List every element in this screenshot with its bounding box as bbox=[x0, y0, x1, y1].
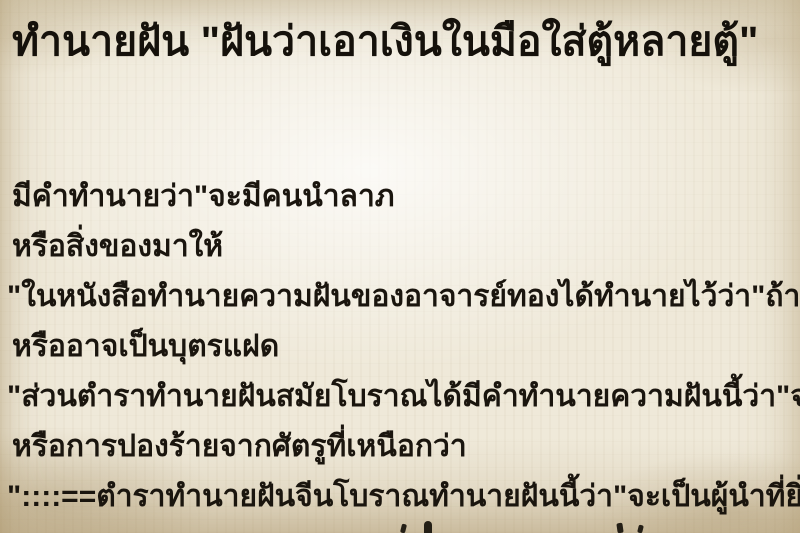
clipped-bottom-line-fragment bbox=[424, 521, 432, 533]
clipped-bottom-line-fragment bbox=[616, 523, 623, 533]
page-title-text: ทำนายฝัน "ฝันว่าเอาเงินในมือใส่ตู้หลายตู… bbox=[12, 18, 758, 64]
body-line-1: มีคำทำนายว่า"จะมีคนนำลาภ bbox=[12, 172, 800, 222]
body-line-4: หรืออาจเป็นบุตรแฝด bbox=[12, 322, 800, 372]
body-line-7: "::::==ตำราทำนายฝันจีนโบราณทำนายฝันนี้ว่… bbox=[7, 472, 800, 522]
body-line-6: หรือการปองร้ายจากศัตรูที่เหนือกว่า bbox=[12, 422, 800, 472]
aged-paper-page: ทำนายฝัน "ฝันว่าเอาเงินในมือใส่ตู้หลายตู… bbox=[0, 0, 800, 533]
body-line-2: หรือสิ่งของมาให้ bbox=[12, 222, 800, 272]
body-line-5: "ส่วนตำราทำนายฝันสมัยโบราณได้มีคำทำนายคว… bbox=[7, 372, 800, 422]
body-line-3: "ในหนังสือทำนายความฝันของอาจารย์ทองได้ทำ… bbox=[7, 272, 800, 322]
clipped-bottom-line-fragment bbox=[400, 524, 407, 533]
page-title: ทำนายฝัน "ฝันว่าเอาเงินในมือใส่ตู้หลายตู… bbox=[12, 10, 800, 72]
clipped-bottom-line-fragment bbox=[637, 525, 644, 533]
interpretation-text-block: มีคำทำนายว่า"จะมีคนนำลาภ หรือสิ่งของมาให… bbox=[12, 172, 800, 522]
